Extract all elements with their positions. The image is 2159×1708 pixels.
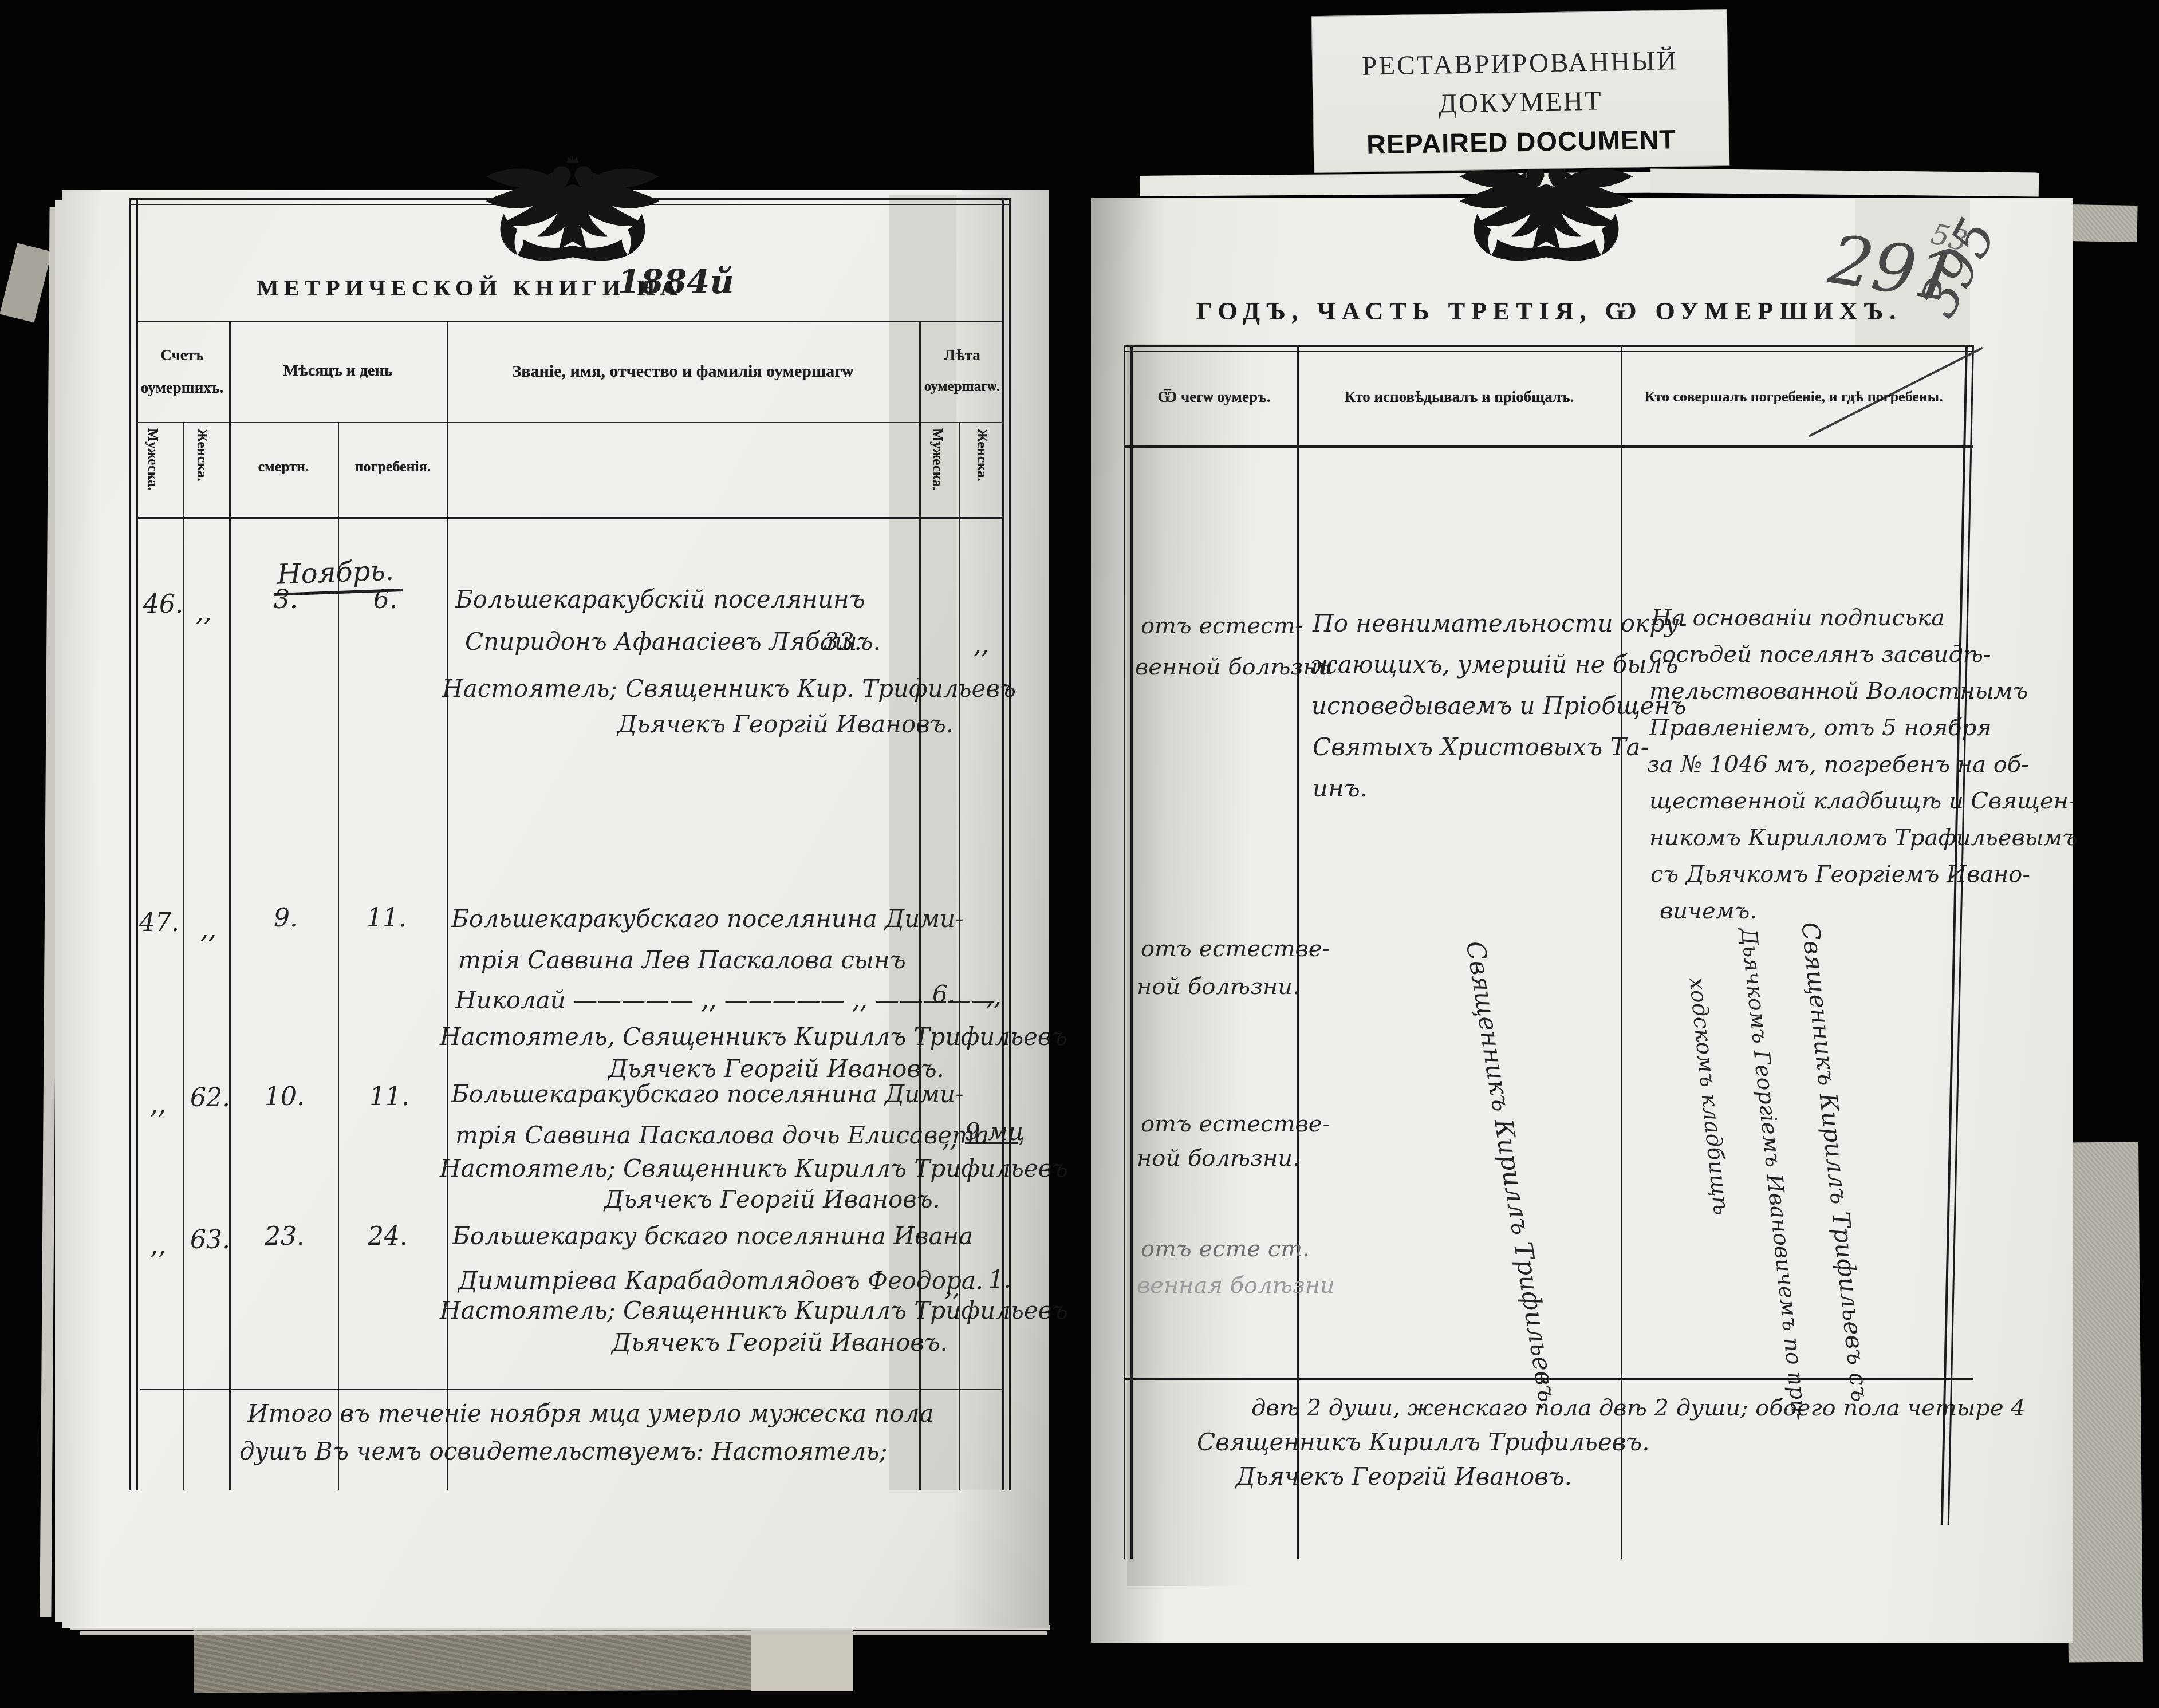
burial-line: Правленіемъ, отъ 5 ноября xyxy=(1649,715,1992,741)
header-death: смертн. xyxy=(258,458,309,475)
header-age-line2: оумершагѡ. xyxy=(924,379,1000,395)
cause-line: ной болѣзни. xyxy=(1137,1145,1300,1171)
header-age-line1: Лѣта xyxy=(944,346,980,364)
record-line: Настоятель; Священникъ Кир. Трифильевъ xyxy=(442,674,1016,703)
record-line: Большекаракубскаго поселянина Дими- xyxy=(451,905,963,933)
table-rule xyxy=(140,1389,1004,1390)
burial-line: тельствованной Волостнымъ xyxy=(1649,678,2028,704)
header-male-age: Мужеска. xyxy=(929,428,945,491)
table-border xyxy=(1130,345,1133,1559)
table-rule xyxy=(136,422,1004,423)
header-female: Женска. xyxy=(194,428,210,482)
right-summary-line: Священникъ Кириллъ Трифильевъ. xyxy=(1197,1428,1650,1456)
record-line: Спиридонъ Афанасіевъ Лябашъ. xyxy=(465,628,881,656)
age-female: 9 мц xyxy=(965,1118,1025,1146)
header-count-line1: Счетъ xyxy=(160,346,203,364)
column-line xyxy=(959,422,960,1490)
row-death-day: 3. xyxy=(274,585,298,614)
column-line xyxy=(183,422,184,1490)
table-rule xyxy=(136,321,1004,322)
cause-line: отъ естест- xyxy=(1141,613,1303,639)
burial-line: никомъ Кирилломъ Трафильевымъ xyxy=(1649,825,2078,851)
header-burial-officiant: Кто совершалъ погребеніе, и гдѣ погребен… xyxy=(1644,388,1943,405)
record-line: Дьячекъ Георгій Ивановъ. xyxy=(604,1185,940,1213)
age-female: ,, xyxy=(974,631,989,659)
burial-line: съ Дьячкомъ Георгіемъ Ивано- xyxy=(1650,861,2030,887)
record-line: Большекаракубскій поселянинъ xyxy=(455,585,865,613)
record-line: Настоятель; Священникъ Кириллъ Трифильев… xyxy=(440,1296,1068,1324)
stamp-text-cyrillic-2: ДОКУМЕНТ xyxy=(1438,85,1603,119)
record-line: Димитріева Карабадотлядовъ Феодора. xyxy=(458,1267,983,1295)
burial-line: На основаніи подписька xyxy=(1652,605,1945,631)
row-death-day: 9. xyxy=(274,904,298,933)
record-line: Настоятель; Священникъ Кириллъ Трифильев… xyxy=(440,1154,1068,1182)
row-burial-day: 11. xyxy=(367,904,407,933)
cause-line: отъ есте ст. xyxy=(1141,1236,1310,1262)
right-page xyxy=(1091,198,2073,1643)
column-line xyxy=(1621,345,1622,1559)
imperial-eagle-emblem xyxy=(1448,155,1645,263)
confession-line: Святыхъ Христовыхъ Та- xyxy=(1313,733,1649,761)
right-summary-line: Дьячекъ Георгій Ивановъ. xyxy=(1236,1462,1572,1490)
row-burial-day: 11. xyxy=(369,1082,409,1111)
table-border xyxy=(1124,345,1125,1559)
left-page-title-year: 1884й xyxy=(617,262,734,301)
gauze-strip-bottom-right xyxy=(2064,1142,2143,1662)
cause-line: венная болѣзни xyxy=(1137,1272,1335,1299)
left-summary-line: душъ Въ чемъ освидетельствуемъ: Настояте… xyxy=(239,1437,887,1465)
age-female: ,, xyxy=(986,983,1002,1011)
row-count-male: ,, xyxy=(150,1090,166,1119)
age-male: 6. xyxy=(932,980,955,1008)
record-line: Настоятель, Священникъ Кириллъ Трифильев… xyxy=(440,1023,1067,1051)
record-line: Большекараку бскаго поселянина Ивана xyxy=(452,1222,973,1250)
confession-line: По невнимательности окру- xyxy=(1313,609,1687,637)
column-line xyxy=(229,321,231,1490)
burial-line: за № 1046 мъ, погребенъ на об- xyxy=(1647,751,2029,778)
burial-line: сосѣдей поселянъ засвидѣ- xyxy=(1649,641,1991,668)
record-line: трія Саввина Лев Паскалова сынъ xyxy=(458,946,906,974)
confession-line: инъ. xyxy=(1313,774,1368,802)
age-female: 1. xyxy=(988,1265,1011,1293)
right-summary-line: двѣ 2 души, женскаго пола двѣ 2 души; об… xyxy=(1251,1395,2026,1421)
table-border xyxy=(136,198,138,1490)
header-burial: погребенія. xyxy=(355,458,431,475)
row-burial-day: 24. xyxy=(368,1222,408,1251)
row-count-female: 62. xyxy=(190,1083,230,1113)
record-line: Дьячекъ Георгій Ивановъ. xyxy=(617,710,954,738)
imperial-eagle-emblem xyxy=(474,155,671,263)
archival-scan: МЕТРИЧЕСКОЙ КНИГИ НА 1884й Счетъ оумерши… xyxy=(0,0,2159,1708)
table-border xyxy=(1124,351,1973,352)
right-page-title: ГОДЪ, ЧАСТЬ ТРЕТІЯ, Ѡ ОУМЕРШИХЪ. xyxy=(1196,297,1902,326)
gauze-strip-top-right xyxy=(2067,204,2137,242)
row-count-male: ,, xyxy=(150,1231,166,1260)
record-line: Дьячекъ Георгій Ивановъ. xyxy=(612,1328,948,1356)
header-cause: Ѿ чегѡ оумеръ. xyxy=(1158,388,1271,406)
row-count-female: ,, xyxy=(196,598,212,627)
row-count-male: 47. xyxy=(139,908,179,937)
header-male: Мужеска. xyxy=(144,428,160,491)
record-line: Большекаракубскаго поселянина Дими- xyxy=(451,1080,963,1108)
row-count-female: ,, xyxy=(200,915,216,944)
row-count-female: 63. xyxy=(190,1225,230,1255)
confession-line: исповедываемъ и Пріобщенъ xyxy=(1311,692,1686,720)
table-rule xyxy=(1124,445,1973,448)
table-border xyxy=(129,198,131,1490)
age-male: ,, xyxy=(942,1125,958,1153)
table-rule xyxy=(136,517,1004,519)
header-confessed: Кто исповѣдывалъ и пріобщалъ. xyxy=(1344,388,1574,406)
repaired-document-stamp: РЕСТАВРИРОВАННЫЙ ДОКУМЕНТ REPAIRED DOCUM… xyxy=(1311,9,1730,173)
burial-line: вичемъ. xyxy=(1660,898,1757,924)
stacked-page-edge xyxy=(1650,168,2039,196)
stamp-text-cyrillic-1: РЕСТАВРИРОВАННЫЙ xyxy=(1362,45,1679,82)
row-count-male: 46. xyxy=(143,590,183,619)
left-summary-line: Итого въ теченіе ноября мца умерло мужес… xyxy=(247,1399,934,1427)
row-burial-day: 6. xyxy=(373,585,397,614)
record-line: Дьячекъ Георгій Ивановъ. xyxy=(608,1055,944,1083)
header-month-day: Мѣсяцъ и день xyxy=(283,362,393,380)
header-count-line2: оумершихъ. xyxy=(141,379,223,397)
stacked-page-edge xyxy=(80,1631,1047,1635)
record-line: трія Саввина Паскалова дочь Елисавета xyxy=(455,1121,989,1149)
cause-line: отъ естестве- xyxy=(1141,936,1330,962)
row-death-day: 10. xyxy=(265,1082,305,1111)
cause-line: отъ естестве- xyxy=(1141,1111,1330,1137)
confession-line: жающихъ, умершій не былъ xyxy=(1310,650,1678,679)
table-border xyxy=(1124,345,1973,347)
row-death-day: 23. xyxy=(265,1222,305,1251)
burial-line: щественной кладбищѣ и Священ- xyxy=(1649,788,2076,814)
cause-line: венной болѣзни xyxy=(1135,654,1333,680)
paper-clip-tab xyxy=(0,243,52,322)
stamp-text-latin: REPAIRED DOCUMENT xyxy=(1366,123,1677,160)
header-name: Званіе, имя, отчество и фамилія оумершаг… xyxy=(513,362,853,381)
age-male: 33. xyxy=(824,628,862,656)
record-line: Николай ————— ,, ————— ,, ————— xyxy=(455,986,995,1014)
cause-line: ной болѣзни. xyxy=(1137,973,1300,1000)
header-female-age: Женска. xyxy=(974,428,990,482)
